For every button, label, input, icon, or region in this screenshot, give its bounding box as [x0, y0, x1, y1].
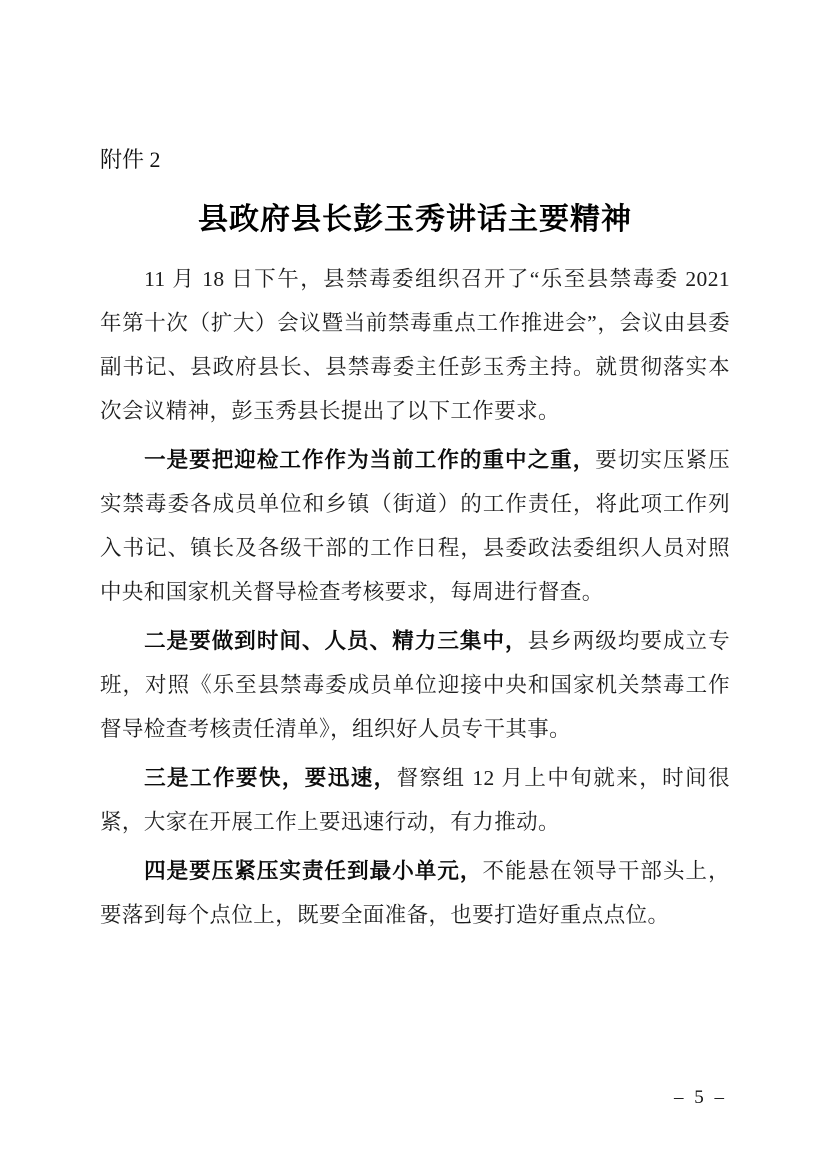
- attachment-label: 附件 2: [100, 146, 730, 173]
- page-title: 县政府县长彭玉秀讲话主要精神: [100, 199, 730, 240]
- paragraph-point-3: 三是工作要快，要迅速，督察组 12 月上中旬就来，时间很紧，大家在开展工作上要迅…: [100, 756, 730, 844]
- paragraph-lead: 一是要把迎检工作作为当前工作的重中之重，: [144, 448, 595, 472]
- document-page: 附件 2 县政府县长彭玉秀讲话主要精神 11 月 18 日下午，县禁毒委组织召开…: [0, 0, 827, 1169]
- page-number: – 5 –: [674, 1087, 727, 1109]
- paragraph-text: 11 月 18 日下午，县禁毒委组织召开了“乐至县禁毒委 2021 年第十次（扩…: [100, 267, 730, 423]
- paragraph-lead: 二是要做到时间、人员、精力三集中，: [144, 629, 528, 653]
- paragraph-intro: 11 月 18 日下午，县禁毒委组织召开了“乐至县禁毒委 2021 年第十次（扩…: [100, 257, 730, 433]
- paragraph-point-1: 一是要把迎检工作作为当前工作的重中之重，要切实压紧压实禁毒委各成员单位和乡镇（街…: [100, 438, 730, 614]
- paragraph-point-2: 二是要做到时间、人员、精力三集中，县乡两级均要成立专班，对照《乐至县禁毒委成员单…: [100, 619, 730, 751]
- paragraph-lead: 四是要压紧压实责任到最小单元，: [144, 859, 482, 883]
- paragraph-point-4: 四是要压紧压实责任到最小单元，不能悬在领导干部头上，要落到每个点位上，既要全面准…: [100, 849, 730, 937]
- document-body: 11 月 18 日下午，县禁毒委组织召开了“乐至县禁毒委 2021 年第十次（扩…: [100, 257, 730, 937]
- document-content: 附件 2 县政府县长彭玉秀讲话主要精神 11 月 18 日下午，县禁毒委组织召开…: [100, 146, 730, 942]
- paragraph-lead: 三是工作要快，要迅速，: [144, 766, 397, 790]
